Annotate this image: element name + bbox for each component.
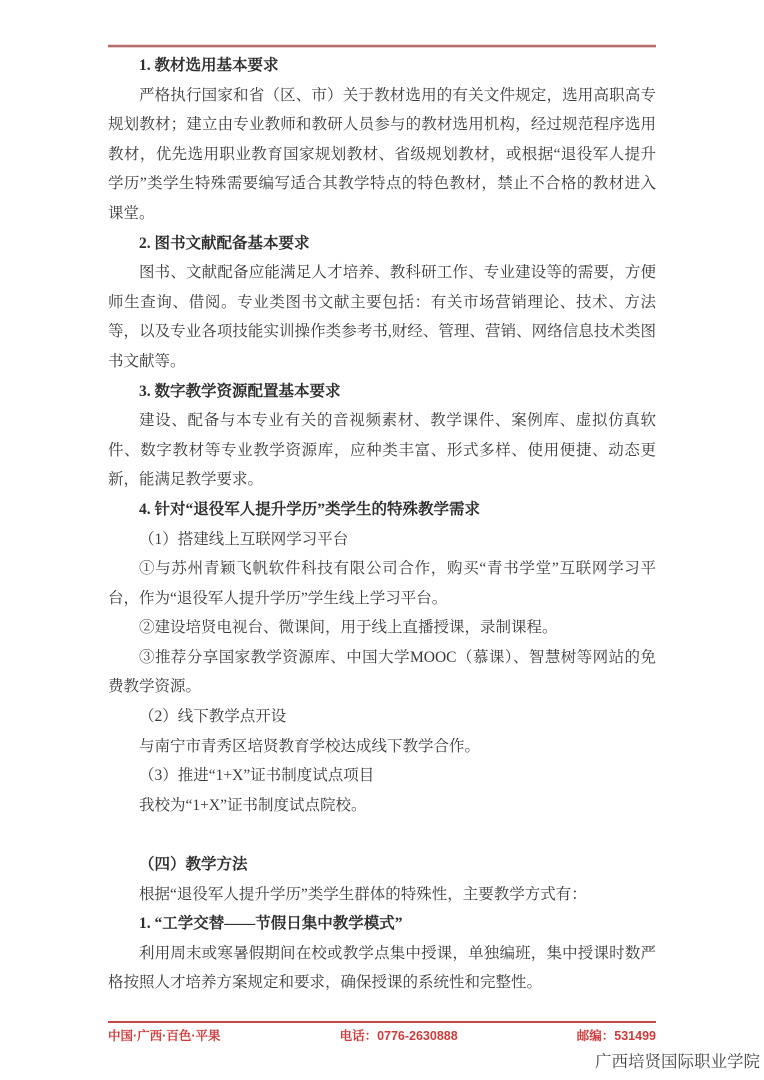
footer-postal: 邮编：531499 [577, 1026, 656, 1044]
para-online-platform-item-3: ③推荐分享国家教学资源库、中国大学MOOC（慕课）、智慧树等网站的免费教学资源。 [108, 643, 656, 702]
heading-work-study-mode: 1. “工学交替——节假日集中教学模式” [108, 909, 656, 939]
document-body: 1. 教材选用基本要求 严格执行国家和省（区、市）关于教材选用的有关文件规定，选… [108, 51, 656, 998]
heading-library-resources: 2. 图书文献配备基本要求 [108, 229, 656, 259]
heading-digital-resources: 3. 数字教学资源配置基本要求 [108, 377, 656, 407]
para-offline-site-title: （2）线下教学点开设 [108, 702, 656, 732]
para-library-resources: 图书、文献配备应能满足人才培养、教科研工作、专业建设等的需要，方便师生查询、借阅… [108, 258, 656, 376]
para-online-platform-item-1: ①与苏州青颖飞帆软件科技有限公司合作，购买“青书学堂”互联网学习平台，作为“退役… [108, 554, 656, 613]
para-offline-site-detail: 与南宁市青秀区培贤教育学校达成线下教学合作。 [108, 732, 656, 762]
heading-textbook-selection: 1. 教材选用基本要求 [108, 51, 656, 81]
para-online-platform-item-2: ②建设培贤电视台、微课间，用于线上直播授课，录制课程。 [108, 613, 656, 643]
heading-teaching-methods: （四）教学方法 [108, 850, 656, 880]
para-cert-pilot-title: （3）推进“1+X”证书制度试点项目 [108, 761, 656, 791]
page-footer: 中国·广西·百色·平果 电话：0776-2630888 邮编：531499 [108, 1026, 656, 1044]
document-page: 1. 教材选用基本要求 严格执行国家和省（区、市）关于教材选用的有关文件规定，选… [0, 0, 764, 1080]
heading-veteran-needs: 4. 针对“退役军人提升学历”类学生的特殊教学需求 [108, 495, 656, 525]
footer-location: 中国·广西·百色·平果 [108, 1026, 221, 1044]
college-name: 广西培贤国际职业学院 [595, 1048, 760, 1072]
para-textbook-selection: 严格执行国家和省（区、市）关于教材选用的有关文件规定，选用高职高专规划教材；建立… [108, 81, 656, 229]
para-online-platform-title: （1）搭建线上互联网学习平台 [108, 525, 656, 555]
para-work-study-detail: 利用周末或寒暑假期间在校或教学点集中授课，单独编班，集中授课时数严格按照人才培养… [108, 939, 656, 998]
para-cert-pilot-detail: 我校为“1+X”证书制度试点院校。 [108, 791, 656, 821]
para-teaching-methods-intro: 根据“退役军人提升学历”类学生群体的特殊性，主要教学方式有： [108, 880, 656, 910]
para-digital-resources: 建设、配备与本专业有关的音视频素材、教学课件、案例库、虚拟仿真软件、数字教材等专… [108, 406, 656, 495]
header-rule [108, 45, 656, 47]
footer-phone: 电话：0776-2630888 [340, 1026, 458, 1044]
footer-rule [108, 1021, 656, 1023]
